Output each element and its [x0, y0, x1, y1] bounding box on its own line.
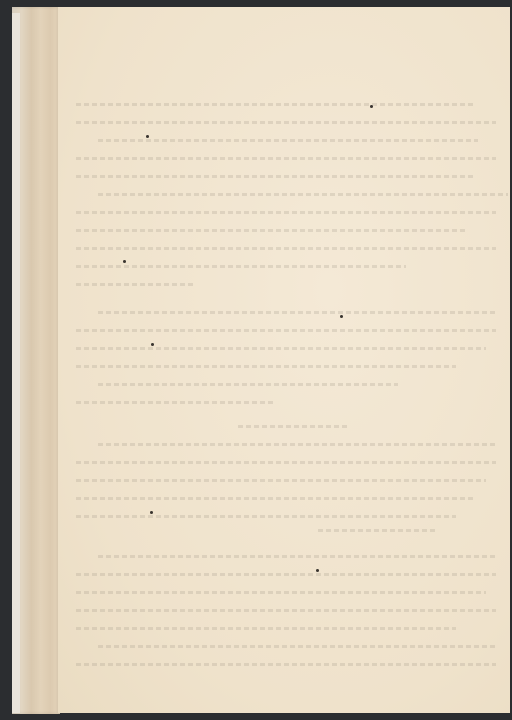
faded-text-line [76, 609, 496, 612]
ink-speck [370, 105, 373, 108]
faded-text-line [76, 573, 496, 576]
faded-text-line [76, 515, 456, 518]
faded-text-line [76, 283, 196, 286]
faded-text-line [76, 175, 476, 178]
faded-text-line [76, 157, 496, 160]
faded-text-line [76, 247, 496, 250]
faded-text-line [76, 663, 496, 666]
faded-text-line [98, 139, 478, 142]
ink-speck [340, 315, 343, 318]
faded-text-line [98, 555, 498, 558]
ink-speck [146, 135, 149, 138]
faded-text-line [98, 193, 508, 196]
faded-text-line [76, 365, 456, 368]
faded-text-line [98, 383, 398, 386]
document-page [58, 7, 510, 713]
faded-text-line [318, 529, 438, 532]
faded-text-line [76, 479, 486, 482]
faded-text-line [98, 443, 498, 446]
faded-text-line [76, 211, 496, 214]
ink-speck [123, 260, 126, 263]
outer-page-edge [12, 13, 20, 713]
faded-text-line [76, 627, 456, 630]
ink-speck [151, 343, 154, 346]
faded-text-line [76, 497, 476, 500]
faded-text-line [76, 121, 496, 124]
faded-text-line [76, 461, 496, 464]
faded-text-line [76, 103, 476, 106]
ink-speck [316, 569, 319, 572]
faded-text-line [98, 645, 498, 648]
faded-text-line [238, 425, 348, 428]
faded-text-line [98, 311, 498, 314]
faded-text-line [76, 229, 466, 232]
faded-text-line [76, 265, 406, 268]
faded-text-line [76, 329, 496, 332]
page-edge-stack [12, 7, 60, 714]
faded-text-line [76, 401, 276, 404]
ink-speck [150, 511, 153, 514]
faded-text-line [76, 347, 486, 350]
faded-text-line [76, 591, 486, 594]
